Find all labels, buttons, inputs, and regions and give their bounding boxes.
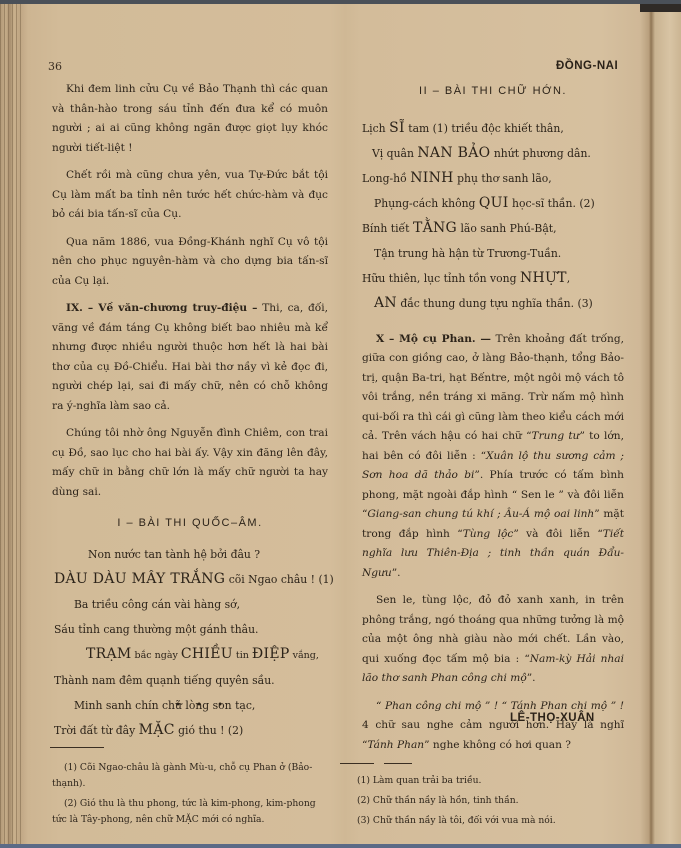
paragraph-sen-le: Sen le, tùng lộc, đỏ đỏ xanh xanh, in tr…	[362, 591, 624, 689]
poem-line: Non nước tan tành hệ bởi đâu ?	[52, 542, 328, 567]
poem-caps: QUI	[479, 195, 509, 211]
author-signature: LÊ-THỌ-XUÂN	[510, 712, 595, 724]
poem-text: bắc ngày	[132, 650, 181, 661]
poem-text: Long-hồ	[362, 172, 410, 185]
paragraph: Chết rồi mà cũng chưa yên, vua Tự-Đức bắ…	[52, 166, 328, 225]
poem-text: Vị quân	[372, 147, 417, 160]
poem-text: Lịch	[362, 122, 389, 135]
poem-line: Ba triều công cán vài hàng sớ,	[52, 592, 328, 617]
text: ” nghe không có hơi quan ?	[424, 739, 571, 751]
footnote: (2) Gió thu là thu phong, tức là kim-pho…	[52, 796, 330, 828]
inscription: “ Phan công chi mộ ” ! “ Tánh Phan chi m…	[376, 700, 624, 712]
text: Trên khoảng đất trống, giữa con giồng ca…	[362, 333, 624, 443]
viewer-bottom-bar	[0, 844, 681, 848]
poem-1-title: I – BÀI THI QUỐC–ÂM.	[52, 514, 328, 534]
section-x-heading: X – Mộ cụ Phan. —	[376, 333, 491, 345]
text: ”.	[527, 672, 536, 684]
poem-line: AN đắc thung dung tựu nghĩa thần. (3)	[362, 291, 624, 316]
poem-line: Tận trung hà hận từ Trương-Tuần.	[362, 241, 624, 266]
footnote-rule	[340, 763, 374, 764]
poem-text: Hữu thiên, lục tỉnh tồn vong	[362, 272, 520, 285]
poem-text: gió thu ! (2)	[175, 724, 243, 737]
poem-2: Lịch SĨ tam (1) triều độc khiết thân, Vị…	[362, 116, 624, 316]
poem-caps: ĐIỆP	[252, 646, 290, 662]
paragraph: Chúng tôi nhờ ông Nguyễn đình Chiêm, con…	[52, 424, 328, 502]
poem-text: phụ thơ sanh lão,	[454, 172, 552, 185]
poem-line: Thành nam đêm quạnh tiếng quyên sầu.	[52, 668, 328, 693]
right-column: II – BÀI THI CHỮ HỚN. Lịch SĨ tam (1) tr…	[362, 80, 624, 763]
poem-text: Non nước tan tành hệ bởi đâu ?	[88, 548, 260, 561]
poem-line: Hữu thiên, lục tỉnh tồn vong NHỰT,	[362, 266, 624, 291]
footnote-rule	[50, 747, 104, 748]
poem-text: học-sĩ thần. (2)	[509, 197, 595, 210]
poem-line: Vị quân NAN BẢO nhứt phương dân.	[362, 141, 624, 166]
poem-text: đắc thung dung tựu nghĩa thần. (3)	[397, 297, 593, 310]
poem-caps: AN	[374, 295, 397, 311]
paragraph: Khi đem linh cửu Cụ về Bảo Thạnh thì các…	[52, 80, 328, 158]
poem-text: tam (1) triều độc khiết thân,	[405, 122, 564, 135]
poem-text: Trời đất từ đây	[54, 724, 139, 737]
section-ix-text: Thi, ca, đối, vãng về đám táng Cụ không …	[52, 302, 328, 412]
page-number: 36	[48, 60, 62, 73]
poem-caps: TRẠM	[86, 646, 132, 662]
poem-line: Sáu tỉnh cang thường một gánh thâu.	[52, 617, 328, 642]
text: ” và đôi liễn “	[513, 528, 602, 540]
left-footnotes: (1) Cõi Ngao-châu là gành Mù-u, chỗ cụ P…	[52, 760, 330, 832]
poem-caps: SĨ	[389, 120, 405, 136]
poem-text: Phụng-cách không	[374, 197, 479, 210]
section-x: X – Mộ cụ Phan. — Trên khoảng đất trống,…	[362, 330, 624, 584]
spacer	[362, 316, 624, 330]
inscription: Giang-san chung tú khí ; Âu-Á mộ oai lin…	[367, 508, 594, 520]
footnote: (3) Chữ thần nầy là tôi, đối với vua mà …	[357, 813, 627, 829]
ornament-dots: • • •	[175, 700, 229, 711]
poem-text: Thành nam đêm quạnh tiếng quyên sầu.	[54, 674, 275, 687]
section-ix-heading: IX. – Về văn-chương truy-điệu –	[66, 302, 257, 314]
poem-line: DÀU DÀU MÂY TRẮNG cõi Ngao châu ! (1)	[52, 567, 328, 592]
paragraph-phan: “ Phan công chi mộ ” ! “ Tánh Phan chi m…	[362, 697, 624, 756]
poem-caps: NINH	[410, 170, 453, 186]
footnote: (1) Làm quan trải ba triều.	[357, 773, 627, 789]
inscription: Trung tư	[532, 430, 580, 442]
poem-caps: NAN BẢO	[417, 145, 490, 161]
poem-text: lão sanh Phú-Bật,	[457, 222, 557, 235]
footnote: (2) Chữ thần nầy là hồn, tinh thần.	[357, 793, 627, 809]
section-ix: IX. – Về văn-chương truy-điệu – Thi, ca,…	[52, 299, 328, 416]
poem-text: nhứt phương dân.	[490, 147, 590, 160]
footnote: (1) Cõi Ngao-châu là gành Mù-u, chỗ cụ P…	[52, 760, 330, 792]
poem-2-title: II – BÀI THI CHỮ HỚN.	[362, 82, 624, 102]
poem-1: Non nước tan tành hệ bởi đâu ? DÀU DÀU M…	[52, 542, 328, 743]
poem-text: Sáu tỉnh cang thường một gánh thâu.	[54, 623, 259, 636]
poem-caps: MẶC	[139, 722, 175, 738]
page-corner-shadow	[640, 4, 681, 12]
poem-line: Lịch SĨ tam (1) triều độc khiết thân,	[362, 116, 624, 141]
footnote-rule	[384, 763, 412, 764]
poem-caps: TẰNG	[413, 220, 457, 236]
poem-line: Bính tiết TẰNG lão sanh Phú-Bật,	[362, 216, 624, 241]
poem-text: vắng,	[290, 650, 319, 661]
poem-caps: CHIỀU	[181, 646, 233, 662]
poem-text: Ba triều công cán vài hàng sớ,	[74, 598, 240, 611]
poem-text: tin	[233, 650, 252, 661]
poem-line: Phụng-cách không QUI học-sĩ thần. (2)	[362, 191, 624, 216]
book-spine-edge	[0, 4, 24, 844]
poem-caps: DÀU DÀU MÂY TRẮNG	[54, 571, 225, 587]
poem-line: Long-hồ NINH phụ thơ sanh lão,	[362, 166, 624, 191]
right-footnotes: (1) Làm quan trải ba triều. (2) Chữ thần…	[357, 773, 627, 833]
poem-text: ,	[567, 272, 570, 285]
text: ”.	[392, 567, 401, 579]
poem-text: Tận trung hà hận từ Trương-Tuần.	[374, 247, 561, 260]
inscription: Tánh Phan	[367, 739, 424, 751]
poem-text: Bính tiết	[362, 222, 413, 235]
poem-line: TRẠM bắc ngày CHIỀU tin ĐIỆP vắng,	[52, 642, 328, 668]
inscription: Tùng lộc	[463, 528, 514, 540]
poem-text: cõi Ngao châu ! (1)	[225, 573, 333, 586]
poem-caps: NHỰT	[520, 270, 567, 286]
left-column: Khi đem linh cửu Cụ về Bảo Thạnh thì các…	[52, 80, 328, 743]
poem-line: Trời đất từ đây MẶC gió thu ! (2)	[52, 718, 328, 743]
running-head: ĐỒNG-NAI	[556, 60, 618, 72]
paragraph: Qua năm 1886, vua Đồng-Khánh nghĩ Cụ vô …	[52, 233, 328, 292]
